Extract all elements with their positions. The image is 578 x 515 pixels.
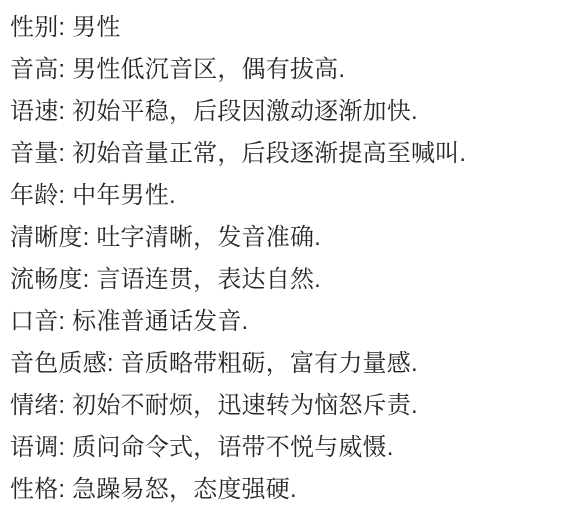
- attribute-label: 口音: [10, 308, 58, 335]
- colon-separator: :: [58, 392, 72, 419]
- attribute-value: 言语连贯，表达自然.: [96, 266, 321, 293]
- colon-separator: :: [58, 98, 72, 125]
- attribute-value: 男性低沉音区，偶有拔高.: [72, 56, 345, 83]
- attribute-line-fluency: 流畅度: 言语连贯，表达自然.: [10, 259, 568, 301]
- attribute-label: 性格: [10, 476, 58, 503]
- attribute-line-accent: 口音: 标准普通话发音.: [10, 301, 568, 343]
- attribute-line-clarity: 清晰度: 吐字清晰，发音准确.: [10, 217, 568, 259]
- colon-separator: :: [58, 476, 72, 503]
- attribute-line-speed: 语速: 初始平稳，后段因激动逐渐加快.: [10, 91, 568, 133]
- attribute-value: 初始音量正常，后段逐渐提高至喊叫.: [72, 140, 466, 167]
- colon-separator: :: [83, 224, 97, 251]
- voice-attribute-list: 性别: 男性 音高: 男性低沉音区，偶有拔高. 语速: 初始平稳，后段因激动逐渐…: [0, 0, 578, 511]
- colon-separator: :: [83, 266, 97, 293]
- attribute-value: 吐字清晰，发音准确.: [96, 224, 321, 251]
- attribute-line-gender: 性别: 男性: [10, 7, 568, 49]
- attribute-line-personality: 性格: 急躁易怒，态度强硬.: [10, 469, 568, 511]
- attribute-label: 音高: [10, 56, 58, 83]
- attribute-label: 音色质感: [10, 350, 107, 377]
- attribute-label: 流畅度: [10, 266, 83, 293]
- attribute-label: 语调: [10, 434, 58, 461]
- colon-separator: :: [58, 140, 72, 167]
- attribute-value: 音质略带粗砺，富有力量感.: [121, 350, 418, 377]
- attribute-line-intonation: 语调: 质问命令式，语带不悦与威慑.: [10, 427, 568, 469]
- attribute-value: 初始平稳，后段因激动逐渐加快.: [72, 98, 418, 125]
- attribute-label: 音量: [10, 140, 58, 167]
- colon-separator: :: [58, 14, 72, 41]
- attribute-value: 标准普通话发音.: [72, 308, 248, 335]
- colon-separator: :: [58, 56, 72, 83]
- colon-separator: :: [107, 350, 121, 377]
- attribute-line-volume: 音量: 初始音量正常，后段逐渐提高至喊叫.: [10, 133, 568, 175]
- attribute-value: 初始不耐烦，迅速转为恼怒斥责.: [72, 392, 418, 419]
- colon-separator: :: [58, 182, 72, 209]
- attribute-label: 性别: [10, 14, 58, 41]
- colon-separator: :: [58, 434, 72, 461]
- attribute-label: 年龄: [10, 182, 58, 209]
- attribute-value: 中年男性.: [72, 182, 176, 209]
- attribute-line-emotion: 情绪: 初始不耐烦，迅速转为恼怒斥责.: [10, 385, 568, 427]
- attribute-line-pitch: 音高: 男性低沉音区，偶有拔高.: [10, 49, 568, 91]
- colon-separator: :: [58, 308, 72, 335]
- attribute-value: 男性: [72, 14, 120, 41]
- attribute-line-age: 年龄: 中年男性.: [10, 175, 568, 217]
- attribute-label: 语速: [10, 98, 58, 125]
- attribute-value: 急躁易怒，态度强硬.: [72, 476, 297, 503]
- attribute-label: 清晰度: [10, 224, 83, 251]
- attribute-value: 质问命令式，语带不悦与威慑.: [72, 434, 393, 461]
- attribute-label: 情绪: [10, 392, 58, 419]
- attribute-line-timbre: 音色质感: 音质略带粗砺，富有力量感.: [10, 343, 568, 385]
